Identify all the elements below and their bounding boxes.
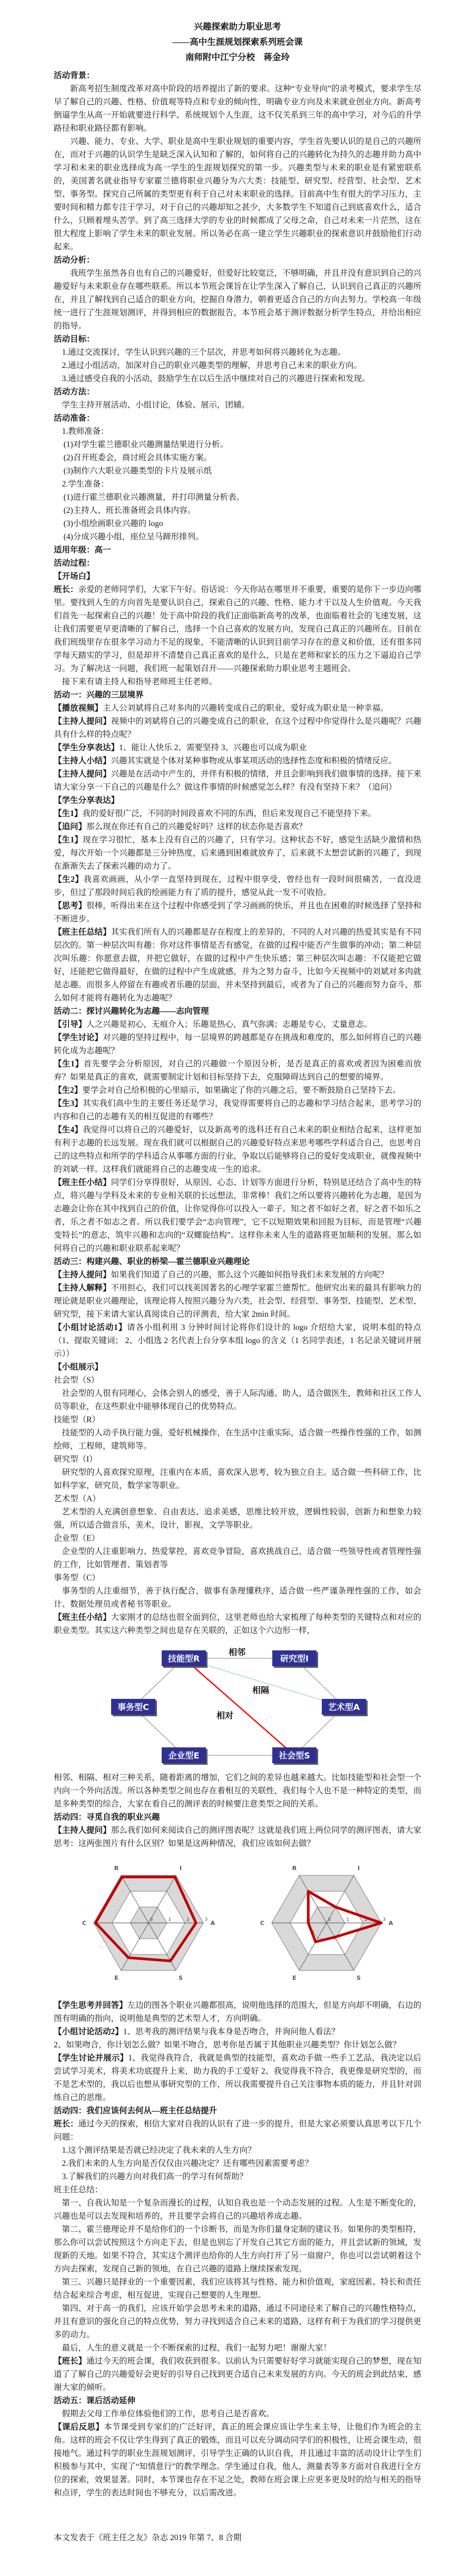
paragraph: 班长：亲爱的老师同学们，大家下午好。俗话说：今天你站在哪里并不重要，重要的是你下… <box>54 583 421 675</box>
paragraph: 【播放视频】主人公刘斌将自己对多肉的兴趣转变成自己的职业，爱好成为职业是一种幸福… <box>54 702 421 715</box>
paragraph: 1.通过交流探讨，学生认识到兴趣的三个层次，并思考如何将兴趣转化为志趣。 <box>54 346 421 359</box>
paragraph: 学生主持开展活动、小组讨论，体验、展示，团辅。 <box>54 398 421 412</box>
paragraph: 研究型的人喜欢探究原理，注重内在本质，喜欢深入思考，较为独立自主。适合做一些科研… <box>54 1466 421 1492</box>
paragraph: 2、如果吻合，你计划怎么做？如果不吻合，思考你是否属于其他职业兴趣类型？你计划怎… <box>54 2038 421 2052</box>
paragraph-lead: 【主持人提问】 <box>54 770 111 779</box>
paragraph-lead: 【主持人提问】 <box>54 1826 111 1835</box>
section-heading: 活动背景： <box>54 69 421 82</box>
paragraph: (3)制作六大职业兴趣类型的卡片及展示纸 <box>54 464 421 478</box>
svg-text:2: 2 <box>186 1917 189 1922</box>
paragraph-lead: 【班主任小结】 <box>54 1178 111 1187</box>
section-heading: 活动五：课后活动延伸 <box>54 2394 421 2407</box>
paragraph: 第二、霍兰德理论并不是给你们的一个诊断书，而是为你们量身定制的建议书。如果你的类… <box>54 2223 421 2276</box>
paragraph-lead: 【播放视频】 <box>54 704 103 713</box>
paragraph: 技能型（R） <box>54 1413 421 1426</box>
section-heading: 活动二：探讨兴趣转化为志趣——志向管理 <box>54 1005 421 1018</box>
paragraph-lead: 【学生讨论并展示】 <box>54 2054 128 2063</box>
paragraph-lead: 【生2】 <box>54 875 83 884</box>
svg-text:相隔: 相隔 <box>252 1685 269 1695</box>
section-heading: 活动方法： <box>54 385 421 398</box>
paragraph-lead: 【生4】 <box>54 1125 83 1134</box>
paragraph: 技能型的人动手执行能力强，爱好机械操作，在生活中注重实际，适合做一些操作性强的工… <box>54 1426 421 1453</box>
paragraph: 【小组讨论活动1】请各小组利用 3 分钟时间讨论将你们设计的 logo 介绍给大… <box>54 1321 421 1360</box>
svg-text:3: 3 <box>205 1917 208 1922</box>
document-subtitle: ——高中生涯规划探索系列班会课 <box>54 34 421 50</box>
paragraph: 兴趣、能力、专业、大学、职业是高中生职业规划的重要内容，学生首先要认识的是自己的… <box>54 135 421 254</box>
paragraph: 艺术型（A） <box>54 1492 421 1505</box>
paragraph-lead: 【生1】 <box>54 1059 83 1068</box>
svg-text:A: A <box>211 1920 215 1927</box>
paragraph-lead: 【学生思考并回答】 <box>54 2001 127 2010</box>
document-body-part3: 【学生思考并回答】左边的图各个职业兴趣都很高，说明他选择的范围大，但是方向却不明… <box>54 1999 421 2500</box>
paragraph: 艺术型的人充满创意想象、自由表达、追求美感，思维比较开放，逻辑性较弱，创新力和想… <box>54 1505 421 1532</box>
paragraph: 班长：通过今天的探索，相信大家对自我的认识有了进一步的提升，但是大家必须要认真思… <box>54 2117 421 2144</box>
paragraph: 3.通过感受自我的小活动，鼓励学生在以后生活中继续对自己的兴趣进行探索和发现。 <box>54 372 421 385</box>
paragraph-lead: 【生3】 <box>54 1099 83 1108</box>
svg-text:A: A <box>389 1920 393 1927</box>
paragraph-lead: 【班长】 <box>54 2357 86 2366</box>
paragraph-lead: 【班主任小结】 <box>54 1613 111 1622</box>
paragraph: 【思考】很棒，听得出来在这个过程中你感受到了学习画画的快乐，并且也在困难的时候选… <box>54 899 421 926</box>
paragraph: 班主任总结： <box>54 2183 421 2196</box>
document-title: 兴趣探索助力职业思考 <box>54 19 421 34</box>
svg-text:0: 0 <box>150 1917 153 1922</box>
paragraph: 事务型的人注重细节，善于执行配合，做事有条理懂秩序，适合做一些严谨条理性强的工作… <box>54 1585 421 1611</box>
paragraph: (1)对学生霍兰德职业兴趣测量结果进行分析。 <box>54 438 421 451</box>
section-heading: 活动分析： <box>54 254 421 267</box>
svg-text:1: 1 <box>169 1917 171 1922</box>
paragraph: 【引导】人之兴趣是初心，无痕介入；乐趣是热心，真气弥满；志趣是专心，丈量意志。 <box>54 1018 421 1031</box>
svg-text:S: S <box>179 1975 183 1981</box>
svg-text:艺术型A: 艺术型A <box>328 1702 360 1712</box>
paragraph: 【主持人提问】那么我们如何来阅读自己的测评图表呢？这就是我们班上两位同学的测评图… <box>54 1824 421 1850</box>
paragraph: 【主持人提问】如果我们知道了自己的兴趣，那么这个兴趣如何指导我们未来发展的方向呢… <box>54 1268 421 1281</box>
svg-text:相对: 相对 <box>216 1710 233 1720</box>
svg-text:C: C <box>260 1920 264 1927</box>
paragraph: (4)分成兴趣小组，座位呈马蹄形排列。 <box>54 530 421 543</box>
paragraph-lead: 【小组讨论活动2】 <box>54 2027 123 2036</box>
paragraph: 研究型（I） <box>54 1453 421 1466</box>
paragraph: 企业型的人注重影响力、热爱掌控，喜欢竞争冒险，喜欢挑战自己，适合做一些领导性或者… <box>54 1545 421 1571</box>
section-heading: 活动四：我们应该何去何从—班主任总结提升 <box>54 2104 421 2117</box>
paragraph: 1.教师准备： <box>54 425 421 438</box>
paragraph-lead: 【班主任总结】 <box>54 928 111 937</box>
paragraph: 【生3】其实我们高中生的主要任务还是学习，我觉得需要将自己的志趣和学习结合起来，… <box>54 1097 421 1123</box>
paragraph: 接下来有请主持人和指导老师班主任老师。 <box>54 675 421 688</box>
paragraph: (3)小组绘画职业兴趣的 logo <box>54 517 421 530</box>
paragraph: 【生1】现在学习很忙，基本上没有自己的兴趣了，只有学习。这种状态不好，感觉生活缺… <box>54 833 421 873</box>
paragraph: 【生4】我觉得可以将自己的兴趣爱好，以及新高考的选科还有自己未来的职业相结合起来… <box>54 1123 421 1176</box>
paragraph-lead: 【生1】 <box>54 835 83 844</box>
paragraph-lead: 【主持人小结】 <box>54 756 111 765</box>
publication-note: 本文发表于《班主任之友》杂志 2019 年第 7、8 合期 <box>54 2531 421 2544</box>
paragraph: 社会型（S） <box>54 1374 421 1387</box>
paragraph: (1)进行霍兰德职业兴趣测量，并打印测量分析表。 <box>54 491 421 504</box>
paragraph: 第三、兴趣只是择业的一个重要因素，我们应该将其与性格、能力和价值观，家庭因素、特… <box>54 2276 421 2302</box>
paragraph: 【学生讨论并展示】1、我觉得我符合，我就是典型的技能型，喜欢动手做一些手工艺品，… <box>54 2052 421 2104</box>
paragraph-lead: 【学生分享表达】 <box>54 743 119 752</box>
paragraph-lead: 【学生讨论】 <box>54 1033 103 1042</box>
svg-text:技能型R: 技能型R <box>167 1654 200 1664</box>
paragraph: 【生1】我的爱好很广泛，不同的时间段喜欢不同的东西，但后来发现自己不能坚持下来。 <box>54 807 421 820</box>
paragraph: 【学生讨论】对兴趣的坚持过程中，每一层境界的跨越都是存在挑战和难度的，那么如何将… <box>54 1031 421 1057</box>
paragraph-lead: 【生2】 <box>54 1086 82 1095</box>
svg-text:S: S <box>357 1975 361 1981</box>
paragraph-lead: 【小组展示】 <box>54 1363 103 1372</box>
paragraph: 假期去父母工作单位体验他们的工作，思考自己是否喜欢。 <box>54 2407 421 2421</box>
paragraph-lead: 【课后反思】 <box>54 2423 104 2432</box>
paragraph: 【班主任总结】其实我们所有人的兴趣都是存在程度上的差异的，不同的人对兴趣的热爱其… <box>54 926 421 1005</box>
paragraph-lead: 班长： <box>54 585 78 594</box>
svg-text:0: 0 <box>328 1917 331 1922</box>
svg-text:事务型C: 事务型C <box>117 1702 149 1712</box>
paragraph: (2)主持人、班长准备班会具体内容。 <box>54 504 421 517</box>
document-page: 兴趣探索助力职业思考 ——高中生涯规划探索系列班会课 南师附中江宁分校 蒋金玲 … <box>0 0 474 2576</box>
section-heading: 活动目标： <box>54 333 421 346</box>
paragraph: 我班学生虽然各自也有自己的兴趣爱好，但爱好比较宽泛，不够明确，并且并没有意识到自… <box>54 267 421 333</box>
paragraph: 【生1】首先要学会分析原因，对自己的兴趣做一个原因分析，是否是真正的喜欢或者因为… <box>54 1057 421 1084</box>
svg-text:E: E <box>114 1975 118 1981</box>
paragraph: 【主持人小结】兴趣其实就是个体对某种事物或从事某项活动的选择性态度和积极的情绪反… <box>54 754 421 767</box>
svg-text:1: 1 <box>347 1917 349 1922</box>
paragraph: 【生2】要学会对自己给积极的心里暗示，如果确定了你的兴趣之后，要不断鼓励自己坚持… <box>54 1084 421 1097</box>
paragraph-lead: 【主持人解释】 <box>54 1284 111 1292</box>
paragraph-lead: 【主持人提问】 <box>54 1270 111 1279</box>
paragraph: 【主持人解释】不用担心，我们可以找美国著名的心理学家霍兰德帮忙。他研究出来的最具… <box>54 1281 421 1321</box>
svg-text:社会型S: 社会型S <box>278 1751 310 1761</box>
paragraph: 最后，人生的意义就是一个不断探索的过程，我们一起努力吧！谢谢大家！ <box>54 2341 421 2355</box>
document-body-part2: 相邻、相隔、相对三种关系，随着距离的增加，它们之间的差异也越来越大。比如技能型和… <box>54 1771 421 1850</box>
paragraph: 【班主任小结】大家刚才的总结也很全面到位，这里老师也给大家梳理了每种类型的关键特… <box>54 1611 421 1637</box>
svg-text:I: I <box>358 1865 360 1872</box>
paragraph: 【追问】那么现在你还有自己的兴趣爱好吗？这样的状态你是否喜欢？ <box>54 820 421 833</box>
paragraph: 【班主任小结】同学们分享得很好，从原因、心态、计划等方面进行分析，特别是还结合了… <box>54 1176 421 1255</box>
paragraph: 2.通过小组活动，加深对自己的职业兴趣类型的理解，并思考自己未来的职业方向。 <box>54 359 421 372</box>
paragraph-lead: 【生1】 <box>54 809 82 818</box>
paragraph: 事务型（C） <box>54 1571 421 1585</box>
paragraph: (2)召开班委会，商讨班会具体实施方案。 <box>54 451 421 464</box>
paragraph: 【学生思考并回答】左边的图各个职业兴趣都很高，说明他选择的范围大，但是方向却不明… <box>54 1999 421 2025</box>
paragraph-lead: 【小组讨论活动1】 <box>54 1323 127 1332</box>
paragraph: 3.了解我们的兴趣方向对我们高一的学习有何帮助？ <box>54 2170 421 2183</box>
section-heading: 适用年级：高一 <box>54 543 421 557</box>
paragraph: 1.这个测评结果是否就已经决定了我未来的人生方向？ <box>54 2144 421 2157</box>
svg-text:C: C <box>82 1920 86 1927</box>
svg-text:相邻: 相邻 <box>229 1647 245 1657</box>
paragraph: 第一、自我认知是一个复杂而漫长的过程，认知自我也是一个动态发展的过程。人生是不断… <box>54 2196 421 2223</box>
paragraph: 【小组讨论活动2】1、思考我的测评结果与我本身是否吻合，并询问他人看法？ <box>54 2025 421 2038</box>
paragraph: 【主持人提问】兴趣是在活动中产生的，并伴有积极的情绪，并且会影响到我们做事情的选… <box>54 767 421 794</box>
section-heading: 活动过程： <box>54 557 421 570</box>
paragraph: 【主持人提问】视频中的刘斌将自己的兴趣变成自己的职业，在这个过程中你觉得什么是兴… <box>54 715 421 741</box>
paragraph-lead: 【引导】 <box>54 1020 86 1029</box>
paragraph: 【课后反思】本节课受到专家们的广泛好评，真正的班会课应该让学生来主导，让他们作为… <box>54 2421 421 2500</box>
paragraph: 【生2】我喜欢画画，从小学一直坚持到现在，过程中很享受，曾经也有一段时间很痛苦，… <box>54 873 421 899</box>
paragraph-lead: 【思考】 <box>54 901 86 910</box>
svg-text:R: R <box>292 1865 297 1872</box>
section-heading: 活动一：兴趣的三层境界 <box>54 688 421 702</box>
paragraph: 【学生分享表达】 <box>54 794 421 807</box>
svg-text:R: R <box>114 1865 119 1872</box>
paragraph-lead: 【追问】 <box>54 822 86 831</box>
svg-text:企业型E: 企业型E <box>169 1751 200 1761</box>
title-block: 兴趣探索助力职业思考 ——高中生涯规划探索系列班会课 南师附中江宁分校 蒋金玲 <box>54 19 421 65</box>
svg-text:E: E <box>292 1975 297 1981</box>
paragraph: 企业型（E） <box>54 1532 421 1545</box>
paragraph: 第四、对于高一的我们，应该开始学会思考未来的道路，通过不同途径来了解自己的兴趣性… <box>54 2302 421 2341</box>
svg-text:I: I <box>180 1865 182 1872</box>
paragraph: 社会型的人很有同理心，会体会别人的感受，善于人际沟通、助人，适合做医生，教师和社… <box>54 1387 421 1413</box>
svg-text:研究型I: 研究型I <box>280 1654 309 1664</box>
paragraph: 新高考招生制度改革对高中阶段的培养提出了新的要求。这种“专业导向”的录考模式，要… <box>54 82 421 135</box>
document-body-part1: 活动背景：新高考招生制度改革对高中阶段的培养提出了新的要求。这种“专业导向”的录… <box>54 69 421 1637</box>
paragraph: 2.我们未来的人生方向是否仅仅由兴趣决定？还有哪些因素需要考虑？ <box>54 2157 421 2170</box>
radar-chart-left: 0123RIASEC <box>72 1856 225 1995</box>
section-heading: 活动准备： <box>54 412 421 425</box>
paragraph: 【学生分享表达】1、能让人快乐 2、需要坚持 3、兴趣也可以成为职业 <box>54 741 421 754</box>
paragraph: 【小组展示】 <box>54 1360 421 1374</box>
paragraph: 相邻、相隔、相对三种关系，随着距离的增加，它们之间的差异也越来越大。比如技能型和… <box>54 1771 421 1811</box>
holland-hexagon-figure: 技能型R研究型I事务型C艺术型A企业型E社会型S相邻相隔相对 <box>54 1641 421 1769</box>
holland-hexagon-diagram: 技能型R研究型I事务型C艺术型A企业型E社会型S相邻相隔相对 <box>101 1641 374 1769</box>
paragraph: 2.学生准备： <box>54 478 421 491</box>
section-heading: 活动四：寻觅自我的职业兴趣 <box>54 1811 421 1824</box>
section-heading: 【开场白】 <box>54 570 421 583</box>
svg-text:3: 3 <box>383 1917 386 1922</box>
interest-radar-charts: 0123RIASEC 0123RIASEC <box>54 1856 421 1995</box>
section-heading: 活动三：构建兴趣、职业的桥梁—霍兰德职业兴趣理论 <box>54 1255 421 1268</box>
paragraph-lead: 【主持人提问】 <box>54 717 111 726</box>
paragraph: 【班长】通过今天的班会课，我们收获到很多。以前认为只需要好好学习就能实现自己的梦… <box>54 2355 421 2394</box>
paragraph-lead: 班长： <box>54 2120 78 2128</box>
radar-chart-right: 0123RIASEC <box>250 1856 403 1995</box>
paragraph-lead: 【学生分享表达】 <box>54 796 119 805</box>
document-author: 南师附中江宁分校 蒋金玲 <box>54 50 421 65</box>
